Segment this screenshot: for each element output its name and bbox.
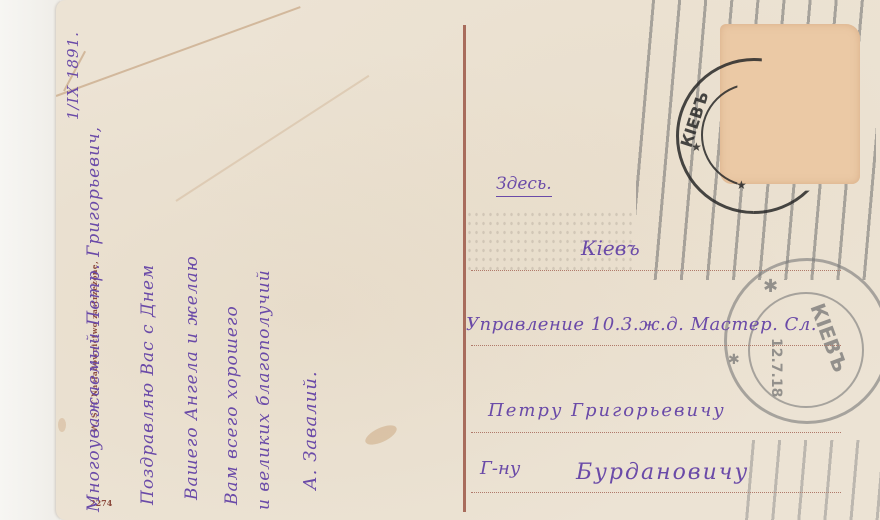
crease	[56, 6, 301, 97]
message-line: Вам всего хорошего	[222, 305, 242, 505]
star-icon: ★	[691, 140, 702, 154]
postmark-date: 12.7.18	[768, 338, 784, 397]
message-line: и великих благополучий	[254, 269, 274, 510]
scanner-background	[0, 0, 60, 520]
stain	[363, 421, 400, 448]
star-icon: ★	[736, 178, 747, 192]
address-line-3: Бурдановичу	[576, 460, 749, 485]
address-line-1: Управление 10.3.ж.д. Мастер. Сл.	[466, 314, 817, 335]
address-line	[471, 432, 841, 433]
message-line: Вашего Ангела и желаю	[182, 255, 202, 500]
star-icon: ✱	[728, 352, 740, 368]
postcard: W. S. T Naśladownictwo zastrzeżone, 2274…	[56, 0, 880, 520]
address-line	[471, 345, 841, 346]
address-line	[471, 492, 841, 493]
address-line	[471, 270, 841, 271]
message-date: 1/IX 1891.	[64, 31, 82, 120]
signature: А. Завалий.	[300, 370, 321, 490]
message-line: Поздравляю Вас с Днем	[138, 264, 158, 505]
message-line: Многоуважаемый Петр. Григорьевич,	[84, 126, 104, 512]
star-icon: ✱	[763, 276, 778, 297]
stain	[58, 418, 66, 432]
address-prefix: Здесь.	[496, 174, 552, 197]
address-city: Кіевъ	[581, 236, 640, 260]
crease	[175, 75, 369, 202]
address-prefix-title: Г-ну	[480, 458, 520, 479]
cancellation-lines	[736, 440, 880, 520]
address-line-2: Петру Григорьевичу	[488, 400, 726, 421]
